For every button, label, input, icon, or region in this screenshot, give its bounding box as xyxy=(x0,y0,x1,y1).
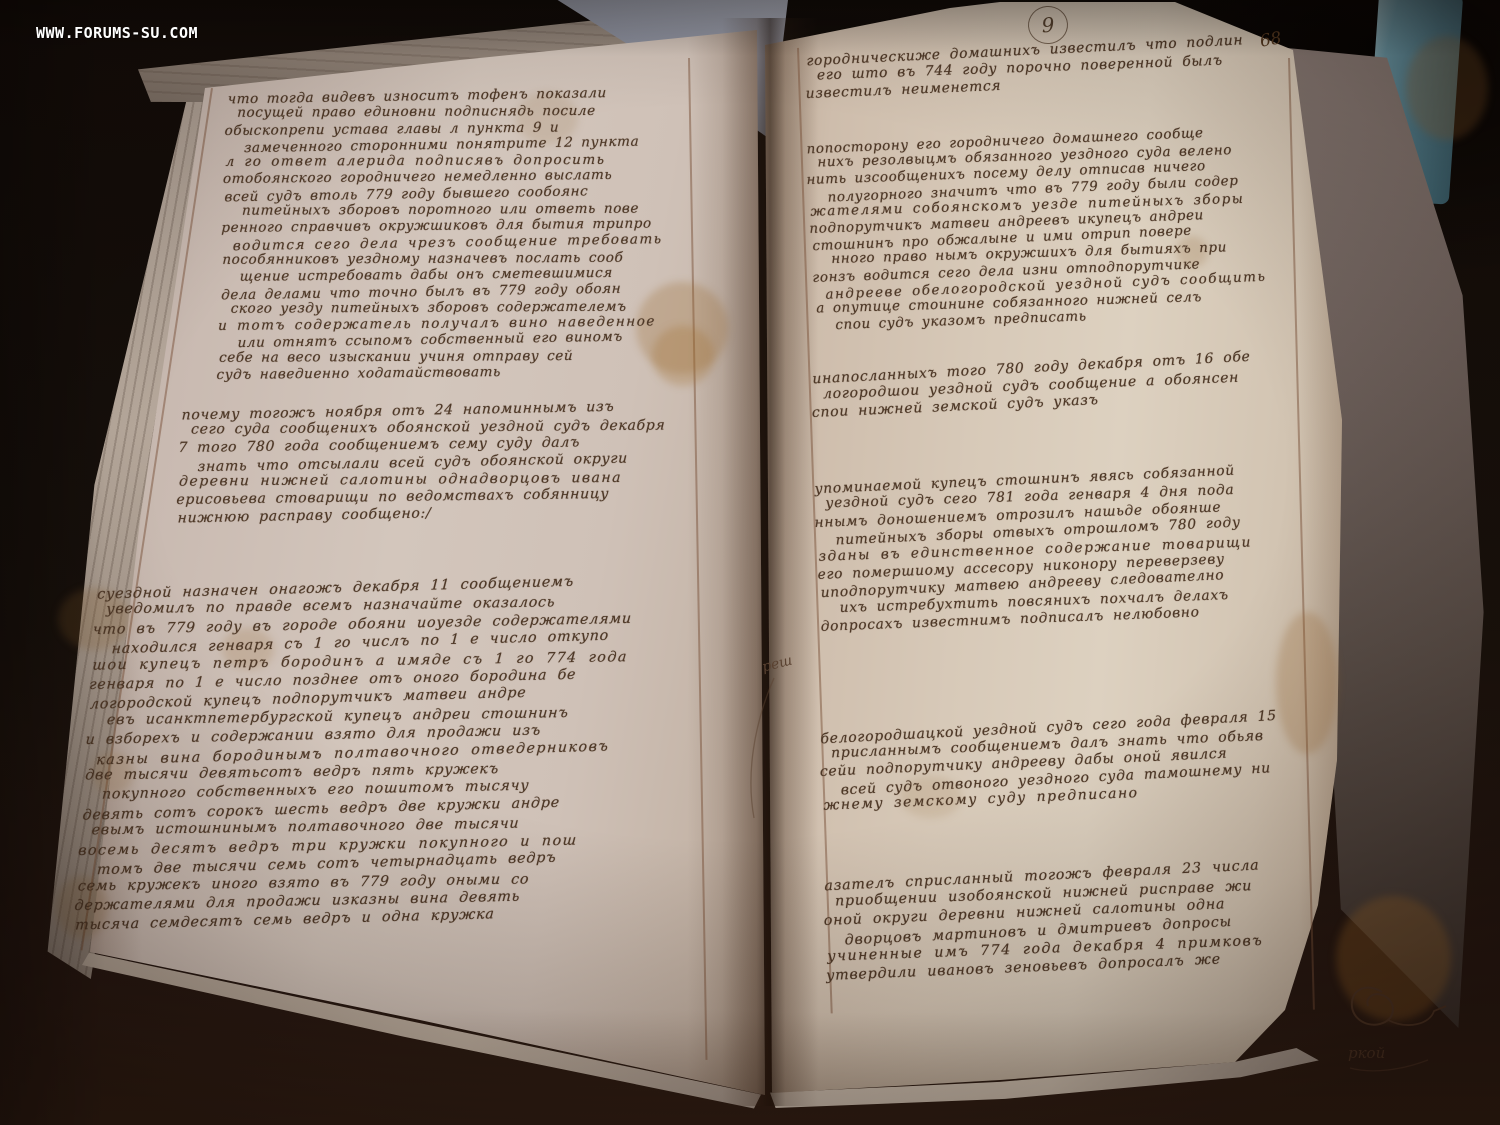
left-page-paragraph-1: что тогда видевъ износитъ тофенъ показал… xyxy=(218,85,667,383)
manuscript-photo: что тогда видевъ износитъ тофенъ показал… xyxy=(0,0,1500,1125)
right-page-paragraph-4: упоминаемой купецъ стошнинъ явясь собяза… xyxy=(814,463,1256,636)
handwriting-line: пособянниковъ уездному назначевъ послать… xyxy=(222,250,662,269)
scribe-mark: ркой xyxy=(1336,980,1471,1080)
left-page-paragraph-2: почему тогожъ ноября отъ 24 напоминнымъ … xyxy=(177,399,666,526)
handwriting-line: себе на весо изыскании учиня отправу сей xyxy=(219,347,659,366)
stain xyxy=(1406,36,1488,140)
handwriting-line: посущей право единовни подписнядь посиле xyxy=(237,103,667,122)
handwriting-line: питейныхъ зборовъ поротного или ответь п… xyxy=(242,201,664,220)
handwriting-line: ского уезду питейныхъ зборовъ содержател… xyxy=(230,298,660,317)
right-page-paragraph-2: попосторону его городничего домашнего со… xyxy=(806,124,1269,334)
stain xyxy=(1276,612,1338,754)
left-page-paragraph-3: суездной назначен онагожъ декабря 11 соо… xyxy=(75,573,635,934)
right-page-paragraph-6: азателъ сприсланный тогожъ февраля 23 чи… xyxy=(824,858,1264,985)
watermark-text: WWW.FORUMS-SU.COM xyxy=(36,24,198,42)
scribe-mark-text: ркой xyxy=(1348,1044,1385,1062)
folio-number: 68 xyxy=(1258,28,1283,51)
page-number: 9 xyxy=(1041,13,1055,38)
margin-note-flourish xyxy=(730,662,800,832)
handwriting-line: л го ответ алерида подписявъ допросить xyxy=(225,152,665,171)
stain xyxy=(652,326,714,386)
